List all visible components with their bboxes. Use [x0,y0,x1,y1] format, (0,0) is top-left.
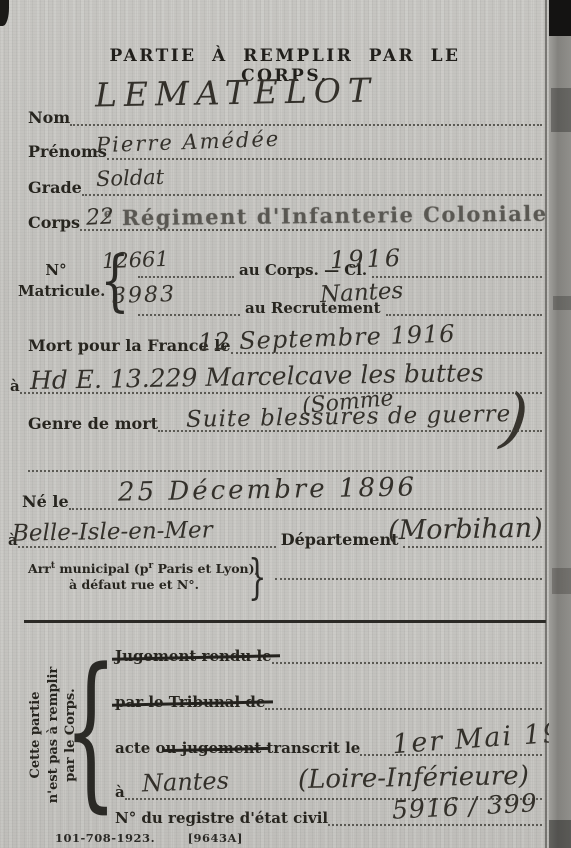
edge-artifact [549,820,571,848]
sidebar-note-line2: n'est pas à remplir [45,650,63,820]
ne-lieu-value-handwritten: Belle-Isle-en-Mer [12,519,213,545]
dotted-line [272,659,542,664]
footer-reference: [9643A] [188,831,243,845]
blank-dotted-row [28,468,542,472]
grade-label: Grade [28,180,82,196]
genre-mort-value-handwritten: Suite blessures de guerre [186,403,512,432]
matricule-recrutement-number-handwritten: 3983 [112,284,177,308]
classe-value-handwritten: 1916 [330,246,404,273]
transcrit-departement-handwritten: (Loire-Inférieure) [298,763,529,793]
matricule-block: N° Matricule. { au Corps. — Cl. au Recru… [18,246,542,316]
edge-artifact [553,296,571,310]
adjacent-page-edge [549,0,571,848]
jugement-label-struck: Jugement rendu le [115,649,272,664]
grade-value-handwritten: Soldat [96,167,165,190]
dotted-line [138,311,240,316]
departement-label: Département [276,532,404,548]
stamp-text: Régiment d'Infanterie Coloniale [122,201,548,230]
arr-municipal-labels: Arrt municipal (pr Paris et Lyon), à déf… [28,561,240,594]
section-divider-rule [24,620,546,623]
form-footer: 101-708-1923. [9643A] [55,831,243,845]
transcrit-label-part1: acte o [115,741,166,756]
ne-lieu-departement-handwritten: (Morbihan) [388,515,543,545]
regiment-stamp: e Régiment d'Infanterie Coloniale [104,201,548,231]
corps-label: Corps [28,215,80,231]
scanned-military-death-record: PARTIE À REMPLIR PAR LE CORPS. Nom LEMAT… [0,0,571,848]
arr-text: Arr [28,561,51,576]
mort-lieu-label: à [10,379,20,394]
matricule-no-label: N° [18,263,94,278]
field-row-jugement: Jugement rendu le [115,644,542,664]
matricule-label: Matricule. [18,284,94,299]
registre-label: N° du registre d'état civil [115,811,328,826]
arr-municipal-block: Arrt municipal (pr Paris et Lyon), à déf… [28,554,542,600]
edge-artifact [552,568,571,594]
dotted-line [70,121,542,126]
field-row-tribunal: par le Tribunal de [115,690,542,710]
footer-code: 101-708-1923. [55,831,155,845]
ne-le-value-handwritten: 25 Décembre 1896 [118,474,417,505]
registre-value-handwritten: 5916 / 399 [391,790,538,823]
page-edge-line [545,0,547,848]
arr-text: Paris et Lyon), [153,561,259,576]
tribunal-label-struck: par le Tribunal de [115,695,265,710]
edge-artifact-top [549,0,571,36]
matricule-corps-number-handwritten: 12661 [102,249,170,272]
recrutement-place-handwritten: Nantes [319,280,403,307]
sidebar-note-line1: Cette partie [27,650,45,820]
nom-value-handwritten: LEMATELOT [95,74,377,112]
dotted-line [28,467,542,472]
arr-municipal-line1: Arrt municipal (pr Paris et Lyon), [28,561,240,577]
bottom-section-brace: { [64,646,117,814]
transcrit-lieu-handwritten: Nantes [142,768,230,795]
matricule-labels: N° Matricule. [18,246,94,316]
transcrit-label-struck: u jugement [166,741,262,756]
scan-corner-artifact [0,0,9,26]
transcrit-label-part2: transcrit le [266,741,360,756]
stamp-exponent: e [104,206,113,220]
edge-artifact [551,88,571,132]
arr-text: municipal (p [55,561,148,576]
dotted-line [265,705,542,710]
arr-municipal-brace: } [248,554,266,600]
dotted-line [82,191,542,196]
dotted-line [386,311,542,316]
nom-label: Nom [28,110,70,126]
arr-municipal-line2: à défaut rue et N°. [28,577,240,593]
dotted-line [275,575,542,580]
prenoms-label: Prénoms [28,144,107,160]
dotted-line [138,273,234,278]
dotted-line [107,155,542,160]
genre-mort-label: Genre de mort [28,416,158,432]
mort-lieu-value-handwritten: Hd E. 13.229 Marcelcave les buttes [30,360,484,393]
transcrit-lieu-label: à [115,785,125,800]
ne-le-label: Né le [22,494,69,510]
